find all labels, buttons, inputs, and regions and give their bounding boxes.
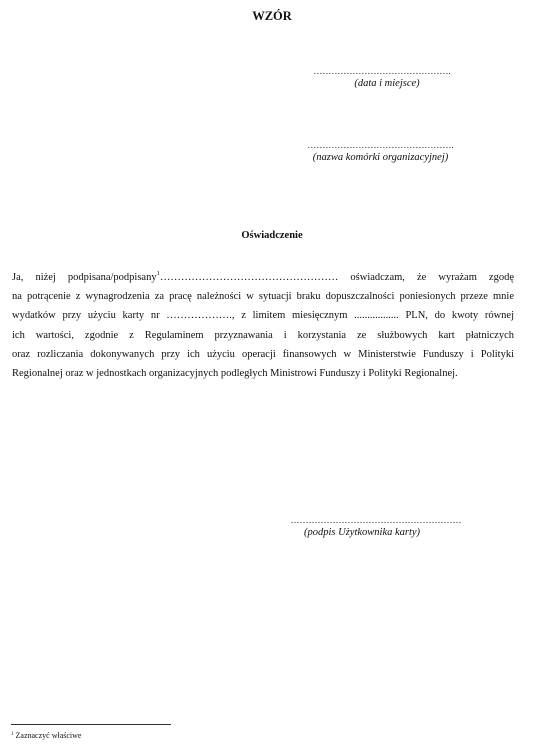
body-line-3: wydatków przy użyciu karty nr ………………., z… <box>12 306 514 325</box>
signature-block: ………………………………………………… (podpis Użytkownika … <box>286 514 466 539</box>
body-line-5: oraz rozliczania dokonywanych przy ich u… <box>12 345 514 364</box>
signature-dots: ………………………………………………… <box>286 514 466 526</box>
body-line-1-start: Ja, niżej podpisana/podpisany <box>12 272 157 283</box>
footnote-text: Zaznaczyć właściwe <box>16 731 82 740</box>
footnote-separator <box>11 724 171 725</box>
org-unit-block: …………………………………………. (nazwa komórki organiz… <box>298 139 463 164</box>
body-line-2: na potrącenie z wynagrodzenia za pracę n… <box>12 287 514 306</box>
document-title: WZÓR <box>0 9 544 24</box>
statement-body: Ja, niżej podpisana/podpisany1…………………………… <box>12 268 514 383</box>
body-line-4: ich wartości, zgodnie z Regulaminem przy… <box>12 326 514 345</box>
org-unit-dots: …………………………………………. <box>298 139 463 151</box>
date-place-block: ………………………………………. (data i miejsce) <box>312 65 452 90</box>
signature-caption: (podpis Użytkownika karty) <box>304 526 466 539</box>
statement-heading: Oświadczenie <box>0 230 544 241</box>
body-line-6: Regionalnej oraz w jednostkach organizac… <box>12 364 514 383</box>
org-unit-caption: (nazwa komórki organizacyjnej) <box>298 151 463 164</box>
date-place-dots: ………………………………………. <box>312 65 452 77</box>
body-line-1: Ja, niżej podpisana/podpisany1…………………………… <box>12 268 514 287</box>
footnote-marker: 1 <box>11 732 14 737</box>
date-place-caption: (data i miejsce) <box>322 77 452 90</box>
footnote: 1 Zaznaczyć właściwe <box>11 731 81 740</box>
body-line-1-end: …………………………………………… oświadczam, że wyrażam… <box>160 272 514 283</box>
